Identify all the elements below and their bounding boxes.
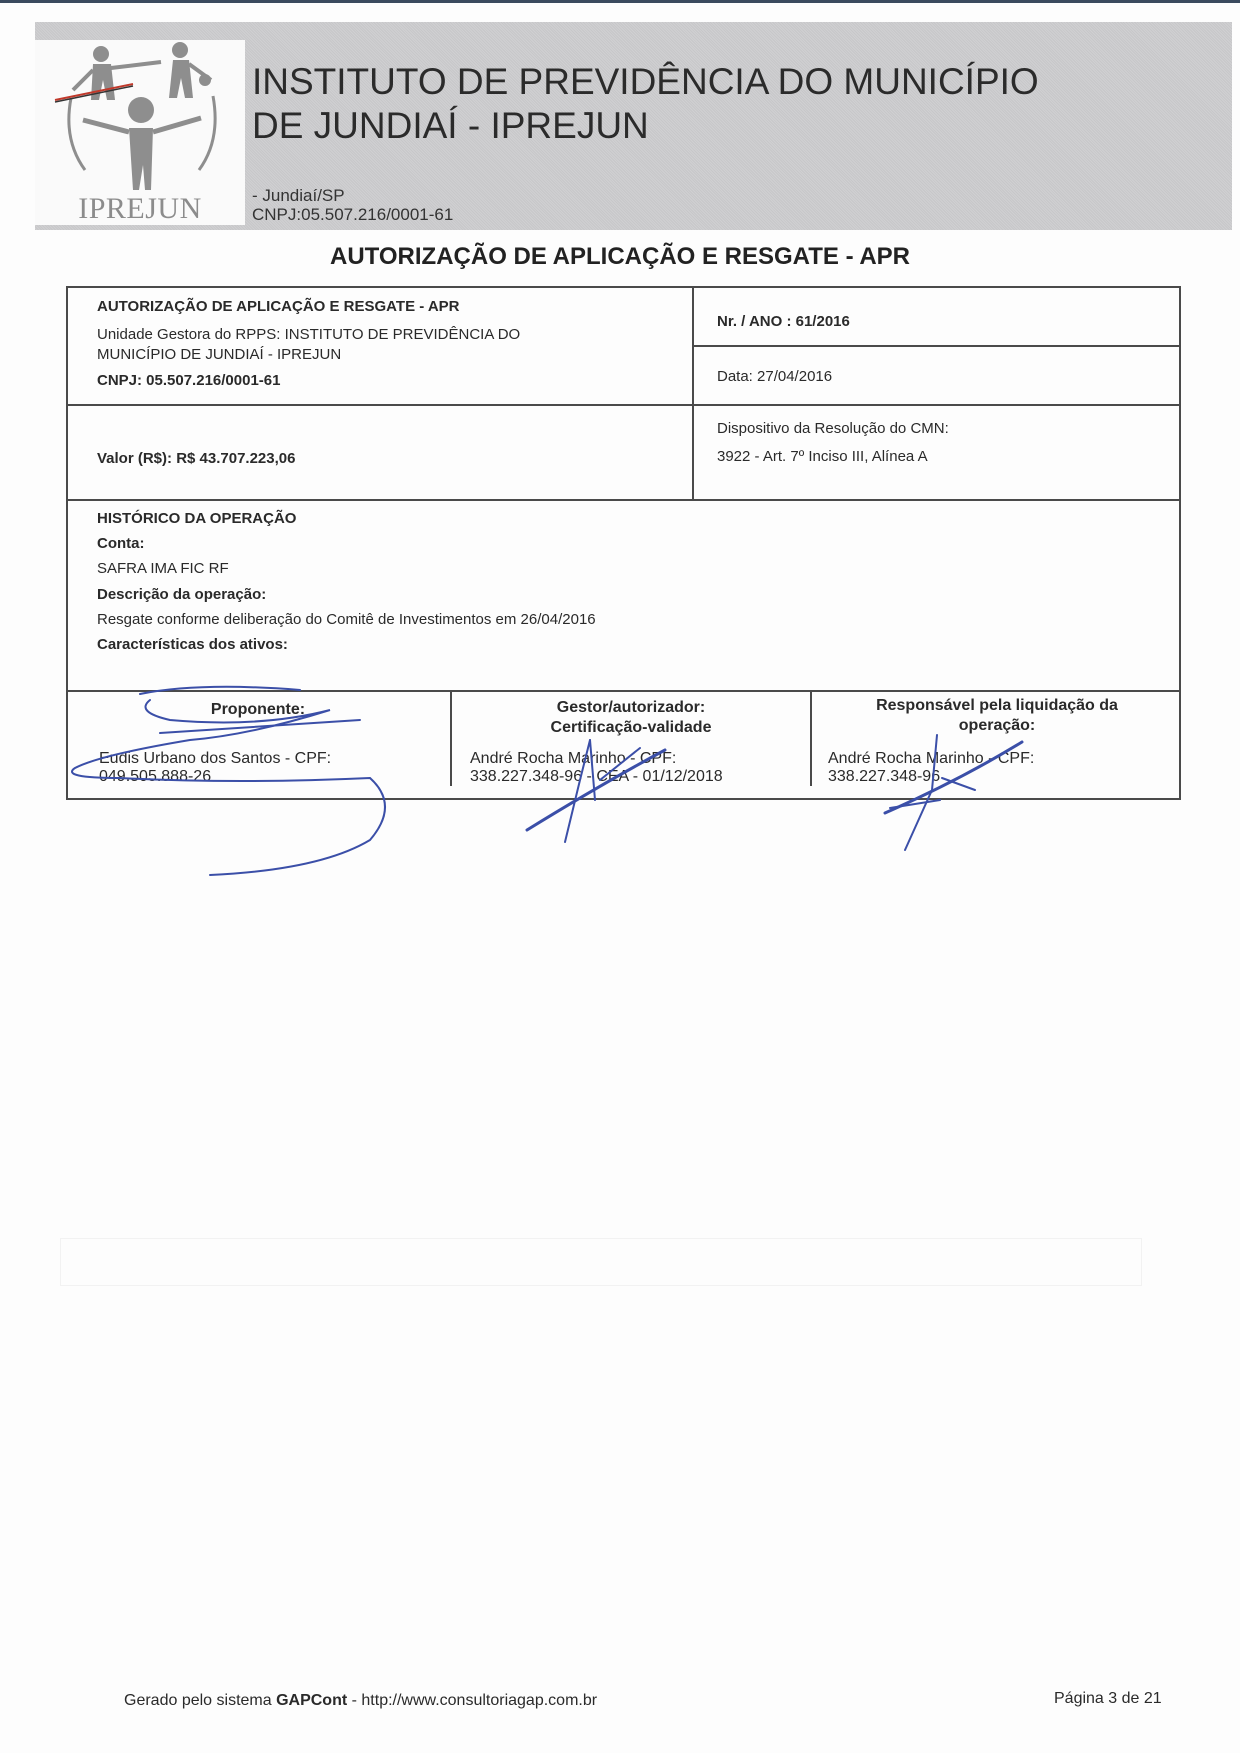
conta-value: SAFRA IMA FIC RF <box>97 560 229 578</box>
form-cnpj: CNPJ: 05.507.216/0001-61 <box>97 372 280 390</box>
logo-wordmark: IPREJUN <box>35 192 245 226</box>
proponente-name-line2: 049.505.888-26 <box>99 768 331 786</box>
descricao-label: Descrição da operação: <box>97 586 266 604</box>
conta-label: Conta: <box>97 535 145 553</box>
liquidacao-heading-line1: Responsável pela liquidação da <box>812 696 1182 716</box>
scan-top-edge <box>0 0 1240 3</box>
nr-ano: Nr. / ANO : 61/2016 <box>717 313 850 331</box>
page-number: Página 3 de 21 <box>1054 1690 1162 1708</box>
people-circle-logo-icon <box>53 40 228 190</box>
gestor-name-line1: André Rocha Marinho - CPF: <box>470 750 723 768</box>
descricao-value: Resgate conforme deliberação do Comitê d… <box>97 611 596 629</box>
unidade-gestora-line2: MUNICÍPIO DE JUNDIAÍ - IPREJUN <box>97 346 341 364</box>
institution-address: - Jundiaí/SP CNPJ:05.507.216/0001-61 <box>252 186 453 224</box>
institution-name: INSTITUTO DE PREVIDÊNCIA DO MUNICÍPIO DE… <box>252 60 1039 148</box>
dispositivo-label: Dispositivo da Resolução do CMN: <box>717 420 949 438</box>
proponente-heading: Proponente: <box>66 700 450 720</box>
liquidacao-heading-line2: operação: <box>812 716 1182 736</box>
form-section-title: AUTORIZAÇÃO DE APLICAÇÃO E RESGATE - APR <box>97 298 460 316</box>
form-date: Data: 27/04/2016 <box>717 368 832 386</box>
liquidacao-name: André Rocha Marinho - CPF: 338.227.348-9… <box>828 750 1034 786</box>
liquidacao-name-line1: André Rocha Marinho - CPF: <box>828 750 1034 768</box>
liquidacao-heading: Responsável pela liquidação da operação: <box>812 696 1182 736</box>
gestor-heading: Gestor/autorizador: Certificação-validad… <box>452 698 810 738</box>
proponente-name: Eudis Urbano dos Santos - CPF: 049.505.8… <box>99 750 331 786</box>
bleed-through-artifact <box>60 1238 1142 1286</box>
footer-prefix: Gerado pelo sistema <box>124 1692 276 1709</box>
row-divider <box>692 345 1181 347</box>
document-title: AUTORIZAÇÃO DE APLICAÇÃO E RESGATE - APR <box>0 243 1240 271</box>
valor-label: Valor (R$): <box>97 450 172 467</box>
unidade-gestora-line1: Unidade Gestora do RPPS: INSTITUTO DE PR… <box>97 326 520 344</box>
row-divider <box>66 499 1181 501</box>
proponente-name-line1: Eudis Urbano dos Santos - CPF: <box>99 750 331 768</box>
valor-value: R$ 43.707.223,06 <box>176 450 295 467</box>
institution-cnpj: CNPJ:05.507.216/0001-61 <box>252 205 453 224</box>
gestor-name-line2: 338.227.348-96 - CEA - 01/12/2018 <box>470 768 723 786</box>
gestor-name: André Rocha Marinho - CPF: 338.227.348-9… <box>470 750 723 786</box>
historico-title: HISTÓRICO DA OPERAÇÃO <box>97 510 296 528</box>
row-divider <box>66 690 1181 692</box>
row-divider <box>66 404 1181 406</box>
institution-location: - Jundiaí/SP <box>252 186 453 205</box>
valor-field: Valor (R$): R$ 43.707.223,06 <box>97 450 295 468</box>
footer-generated-by: Gerado pelo sistema GAPCont - http://www… <box>124 1692 597 1710</box>
iprejun-logo: IPREJUN <box>35 40 245 225</box>
footer-system-name: GAPCont <box>276 1692 347 1709</box>
column-divider <box>692 286 694 501</box>
liquidacao-name-line2: 338.227.348-96 <box>828 768 1034 786</box>
dispositivo-value: 3922 - Art. 7º Inciso III, Alínea A <box>717 448 928 466</box>
caracteristicas-label: Características dos ativos: <box>97 636 288 654</box>
footer-url: - http://www.consultoriagap.com.br <box>347 1692 597 1709</box>
gestor-heading-line1: Gestor/autorizador: <box>452 698 810 718</box>
institution-name-line2: DE JUNDIAÍ - IPREJUN <box>252 104 1039 148</box>
institution-name-line1: INSTITUTO DE PREVIDÊNCIA DO MUNICÍPIO <box>252 60 1039 104</box>
gestor-heading-line2: Certificação-validade <box>452 718 810 738</box>
